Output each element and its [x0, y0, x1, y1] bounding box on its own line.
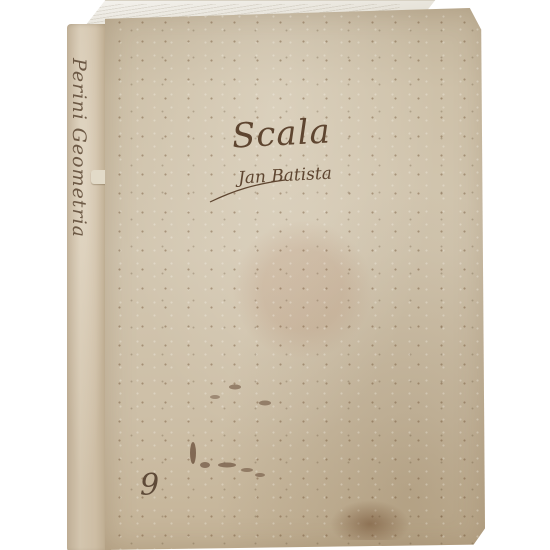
corner-number: 9 — [140, 468, 159, 503]
ink-marks — [175, 375, 335, 485]
spine-inscription: Perini Geometria — [68, 58, 90, 298]
book-photo: Perini Geometria Scala Jan Batista 9 — [0, 0, 550, 550]
cover-stain — [330, 500, 410, 540]
